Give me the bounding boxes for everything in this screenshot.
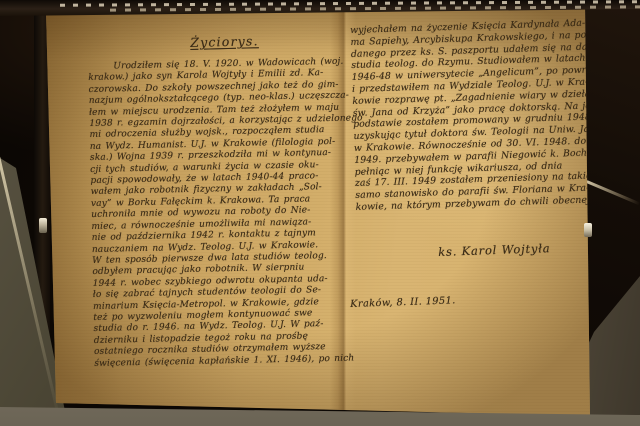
museum-display-photo: Życiorys. Urodziłem się 18. V. 1920. w W… — [0, 0, 640, 426]
document-paper: Życiorys. Urodziłem się 18. V. 1920. w W… — [0, 0, 640, 426]
document-title: Życiorys. — [190, 33, 259, 50]
page-left-text: Urodziłem się 18. V. 1920. w Wadowicach … — [88, 57, 346, 370]
frame-clip-left — [39, 218, 47, 233]
frame-clip-right — [584, 223, 592, 237]
page-right-text: wyjechałem na życzenie Księcia Kardynała… — [350, 18, 594, 214]
